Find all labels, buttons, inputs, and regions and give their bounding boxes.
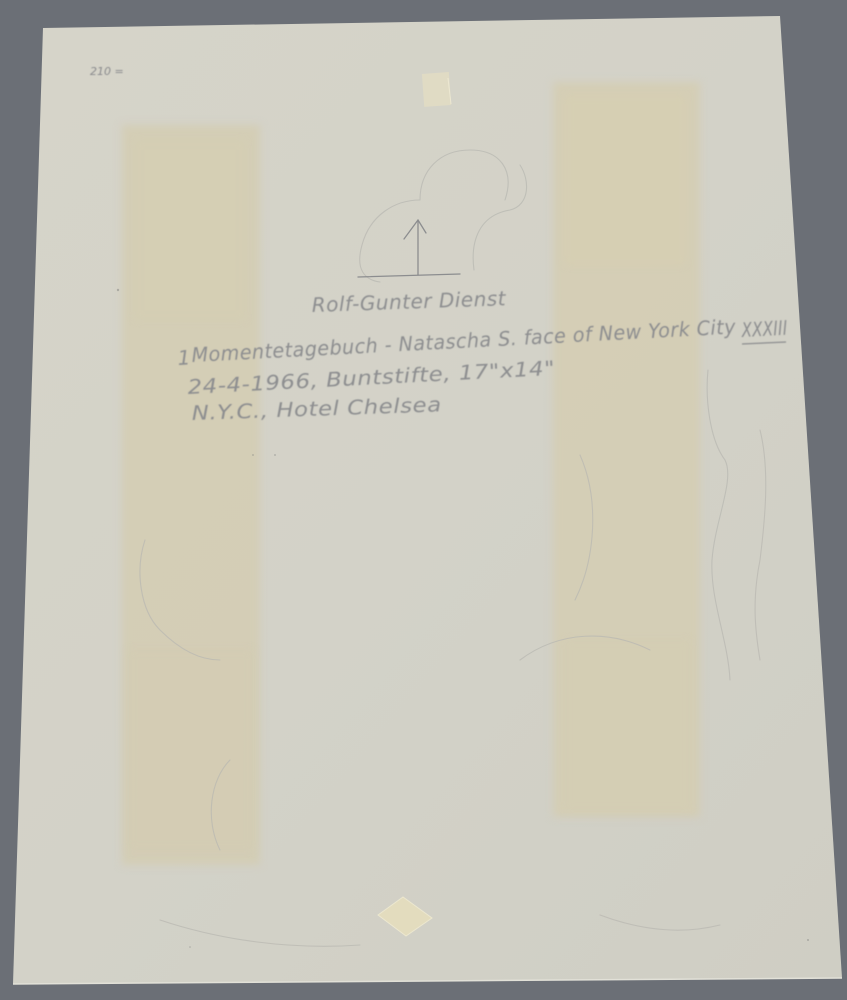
line-prefix: 1 [177, 345, 191, 370]
artwork-back-photo: 210 = Rolf-Gunter Dienst 1 Momentetagebu… [0, 0, 847, 1000]
tape-top [422, 72, 451, 107]
corner-number: 210 = [90, 65, 124, 78]
series-number: XXXIII [740, 316, 788, 342]
